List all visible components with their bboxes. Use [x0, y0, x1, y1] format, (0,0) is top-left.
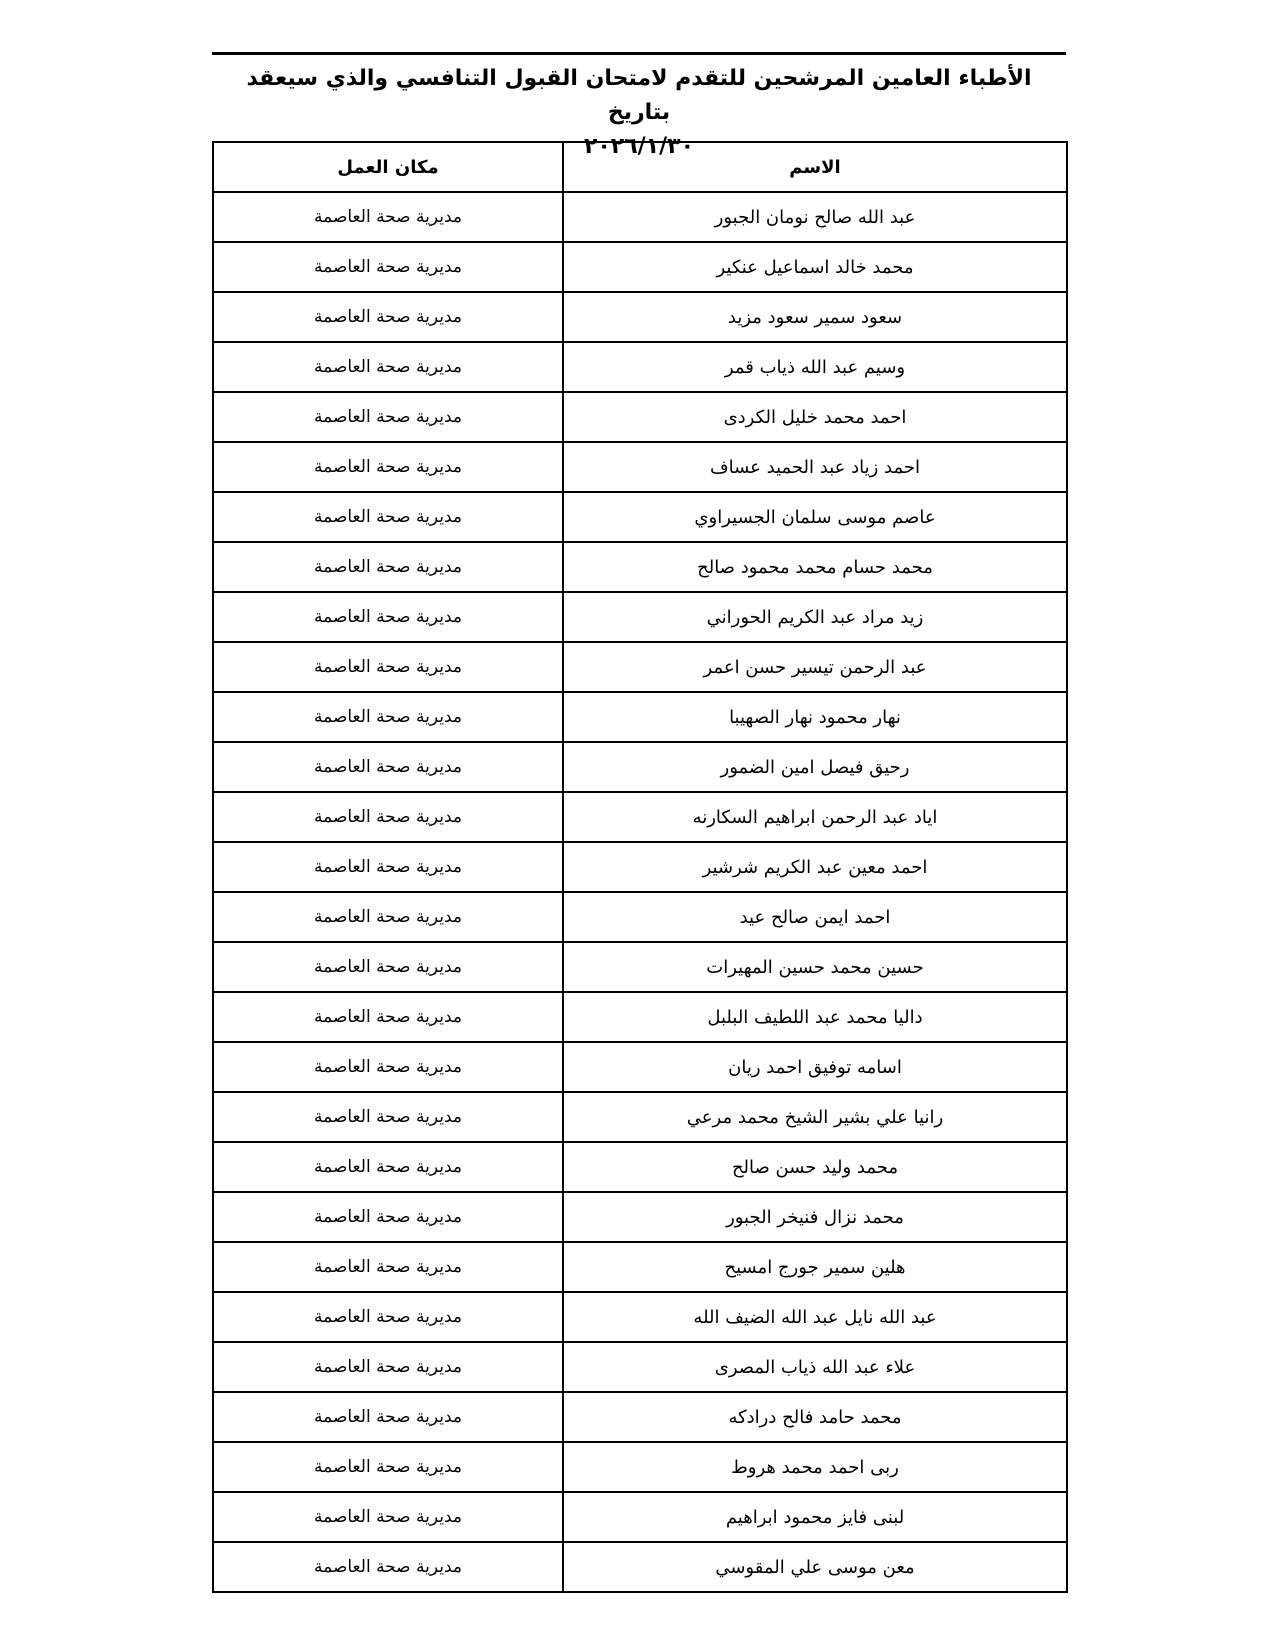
cell-name: احمد محمد خليل الكردى	[563, 392, 1067, 442]
cell-name: محمد حامد فالح درادكه	[563, 1392, 1067, 1442]
cell-name: محمد نزال فنيخر الجبور	[563, 1192, 1067, 1242]
table-row: رانيا علي بشير الشيخ محمد مرعيمديرية صحة…	[213, 1092, 1067, 1142]
cell-workplace: مديرية صحة العاصمة	[213, 342, 563, 392]
table-row: علاء عبد الله ذياب المصرىمديرية صحة العا…	[213, 1342, 1067, 1392]
cell-workplace: مديرية صحة العاصمة	[213, 392, 563, 442]
cell-workplace: مديرية صحة العاصمة	[213, 442, 563, 492]
cell-workplace: مديرية صحة العاصمة	[213, 742, 563, 792]
cell-workplace: مديرية صحة العاصمة	[213, 842, 563, 892]
cell-name: احمد ايمن صالح عيد	[563, 892, 1067, 942]
cell-name: محمد وليد حسن صالح	[563, 1142, 1067, 1192]
cell-workplace: مديرية صحة العاصمة	[213, 542, 563, 592]
cell-name: نهار محمود نهار الصهيبا	[563, 692, 1067, 742]
cell-name: سعود سمير سعود مزيد	[563, 292, 1067, 342]
table-row: زيد مراد عبد الكريم الحورانيمديرية صحة ا…	[213, 592, 1067, 642]
cell-workplace: مديرية صحة العاصمة	[213, 642, 563, 692]
cell-workplace: مديرية صحة العاصمة	[213, 492, 563, 542]
cell-name: ربى احمد محمد هروط	[563, 1442, 1067, 1492]
cell-workplace: مديرية صحة العاصمة	[213, 592, 563, 642]
table-row: احمد محمد خليل الكردىمديرية صحة العاصمة	[213, 392, 1067, 442]
top-rule-divider	[212, 52, 1066, 55]
cell-workplace: مديرية صحة العاصمة	[213, 1042, 563, 1092]
table-row: داليا محمد عبد اللطيف البلبلمديرية صحة ا…	[213, 992, 1067, 1042]
table-row: وسيم عبد الله ذياب قمرمديرية صحة العاصمة	[213, 342, 1067, 392]
cell-name: زيد مراد عبد الكريم الحوراني	[563, 592, 1067, 642]
cell-name: رانيا علي بشير الشيخ محمد مرعي	[563, 1092, 1067, 1142]
table-row: حسين محمد حسين المهيراتمديرية صحة العاصم…	[213, 942, 1067, 992]
table-row: محمد نزال فنيخر الجبورمديرية صحة العاصمة	[213, 1192, 1067, 1242]
table-header-row: الاسم مكان العمل	[213, 142, 1067, 192]
cell-name: وسيم عبد الله ذياب قمر	[563, 342, 1067, 392]
table-row: احمد ايمن صالح عيدمديرية صحة العاصمة	[213, 892, 1067, 942]
cell-name: اسامه توفيق احمد ريان	[563, 1042, 1067, 1092]
cell-name: اياد عبد الرحمن ابراهيم السكارنه	[563, 792, 1067, 842]
title-line-1: الأطباء العامين المرشحين للتقدم لامتحان …	[212, 62, 1066, 130]
cell-workplace: مديرية صحة العاصمة	[213, 1492, 563, 1542]
cell-workplace: مديرية صحة العاصمة	[213, 1142, 563, 1192]
cell-name: احمد معين عبد الكريم شرشير	[563, 842, 1067, 892]
table-row: ربى احمد محمد هروطمديرية صحة العاصمة	[213, 1442, 1067, 1492]
table-row: عاصم موسى سلمان الجسيراويمديرية صحة العا…	[213, 492, 1067, 542]
cell-workplace: مديرية صحة العاصمة	[213, 292, 563, 342]
table-row: عبد الله نايل عبد الله الضيف اللهمديرية …	[213, 1292, 1067, 1342]
table-row: عبد الله صالح نومان الجبورمديرية صحة الع…	[213, 192, 1067, 242]
table-row: هلين سمير جورج امسيحمديرية صحة العاصمة	[213, 1242, 1067, 1292]
cell-workplace: مديرية صحة العاصمة	[213, 992, 563, 1042]
cell-workplace: مديرية صحة العاصمة	[213, 792, 563, 842]
cell-workplace: مديرية صحة العاصمة	[213, 192, 563, 242]
cell-name: علاء عبد الله ذياب المصرى	[563, 1342, 1067, 1392]
cell-name: لبنى فايز محمود ابراهيم	[563, 1492, 1067, 1542]
cell-workplace: مديرية صحة العاصمة	[213, 692, 563, 742]
table-row: رحيق فيصل امين الضمورمديرية صحة العاصمة	[213, 742, 1067, 792]
cell-name: معن موسى علي المقوسي	[563, 1542, 1067, 1592]
cell-name: عبد الله نايل عبد الله الضيف الله	[563, 1292, 1067, 1342]
cell-workplace: مديرية صحة العاصمة	[213, 1542, 563, 1592]
table-row: عبد الرحمن تيسير حسن اعمرمديرية صحة العا…	[213, 642, 1067, 692]
cell-name: محمد حسام محمد محمود صالح	[563, 542, 1067, 592]
cell-name: هلين سمير جورج امسيح	[563, 1242, 1067, 1292]
table-row: اياد عبد الرحمن ابراهيم السكارنهمديرية ص…	[213, 792, 1067, 842]
cell-name: عبد الرحمن تيسير حسن اعمر	[563, 642, 1067, 692]
table-row: لبنى فايز محمود ابراهيممديرية صحة العاصم…	[213, 1492, 1067, 1542]
cell-workplace: مديرية صحة العاصمة	[213, 1342, 563, 1392]
header-name: الاسم	[563, 142, 1067, 192]
cell-workplace: مديرية صحة العاصمة	[213, 1192, 563, 1242]
cell-workplace: مديرية صحة العاصمة	[213, 892, 563, 942]
cell-name: عبد الله صالح نومان الجبور	[563, 192, 1067, 242]
cell-workplace: مديرية صحة العاصمة	[213, 1242, 563, 1292]
cell-workplace: مديرية صحة العاصمة	[213, 1092, 563, 1142]
cell-workplace: مديرية صحة العاصمة	[213, 1442, 563, 1492]
table-row: اسامه توفيق احمد ريانمديرية صحة العاصمة	[213, 1042, 1067, 1092]
cell-name: رحيق فيصل امين الضمور	[563, 742, 1067, 792]
table-row: احمد معين عبد الكريم شرشيرمديرية صحة الع…	[213, 842, 1067, 892]
cell-workplace: مديرية صحة العاصمة	[213, 1292, 563, 1342]
table-row: محمد خالد اسماعيل عنكيرمديرية صحة العاصم…	[213, 242, 1067, 292]
cell-workplace: مديرية صحة العاصمة	[213, 1392, 563, 1442]
header-workplace: مكان العمل	[213, 142, 563, 192]
table-row: معن موسى علي المقوسيمديرية صحة العاصمة	[213, 1542, 1067, 1592]
cell-name: داليا محمد عبد اللطيف البلبل	[563, 992, 1067, 1042]
table-row: محمد وليد حسن صالحمديرية صحة العاصمة	[213, 1142, 1067, 1192]
cell-name: عاصم موسى سلمان الجسيراوي	[563, 492, 1067, 542]
cell-name: احمد زياد عبد الحميد عساف	[563, 442, 1067, 492]
table-row: محمد حسام محمد محمود صالحمديرية صحة العا…	[213, 542, 1067, 592]
table-row: محمد حامد فالح درادكهمديرية صحة العاصمة	[213, 1392, 1067, 1442]
table-row: احمد زياد عبد الحميد عسافمديرية صحة العا…	[213, 442, 1067, 492]
table-row: سعود سمير سعود مزيدمديرية صحة العاصمة	[213, 292, 1067, 342]
cell-workplace: مديرية صحة العاصمة	[213, 242, 563, 292]
cell-workplace: مديرية صحة العاصمة	[213, 942, 563, 992]
cell-name: حسين محمد حسين المهيرات	[563, 942, 1067, 992]
candidates-table: الاسم مكان العمل عبد الله صالح نومان الج…	[212, 141, 1068, 1593]
cell-name: محمد خالد اسماعيل عنكير	[563, 242, 1067, 292]
table-row: نهار محمود نهار الصهيبامديرية صحة العاصم…	[213, 692, 1067, 742]
